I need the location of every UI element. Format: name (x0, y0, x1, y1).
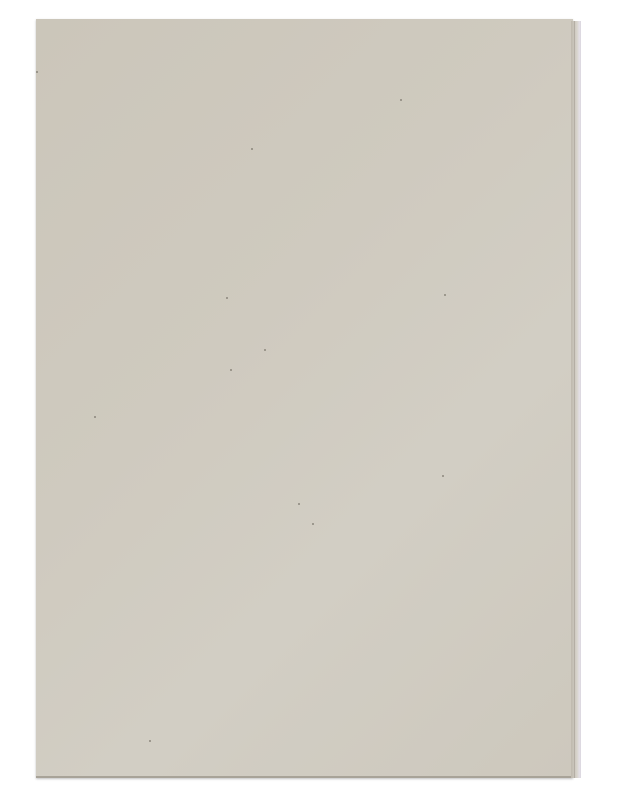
paper-speck (251, 148, 253, 150)
paper-speck (298, 503, 300, 505)
paper-speck (226, 297, 228, 299)
spine-fold-line (574, 21, 575, 778)
paper-speck (312, 523, 314, 525)
paper-speck (149, 740, 151, 742)
paper-speck (230, 369, 232, 371)
paper-speck (444, 294, 446, 296)
blank-page (36, 19, 573, 778)
paper-speck (36, 71, 38, 73)
page-spine-edge (571, 21, 581, 778)
paper-speck (94, 416, 96, 418)
paper-speck (400, 99, 402, 101)
paper-speck (264, 349, 266, 351)
paper-speck (442, 475, 444, 477)
